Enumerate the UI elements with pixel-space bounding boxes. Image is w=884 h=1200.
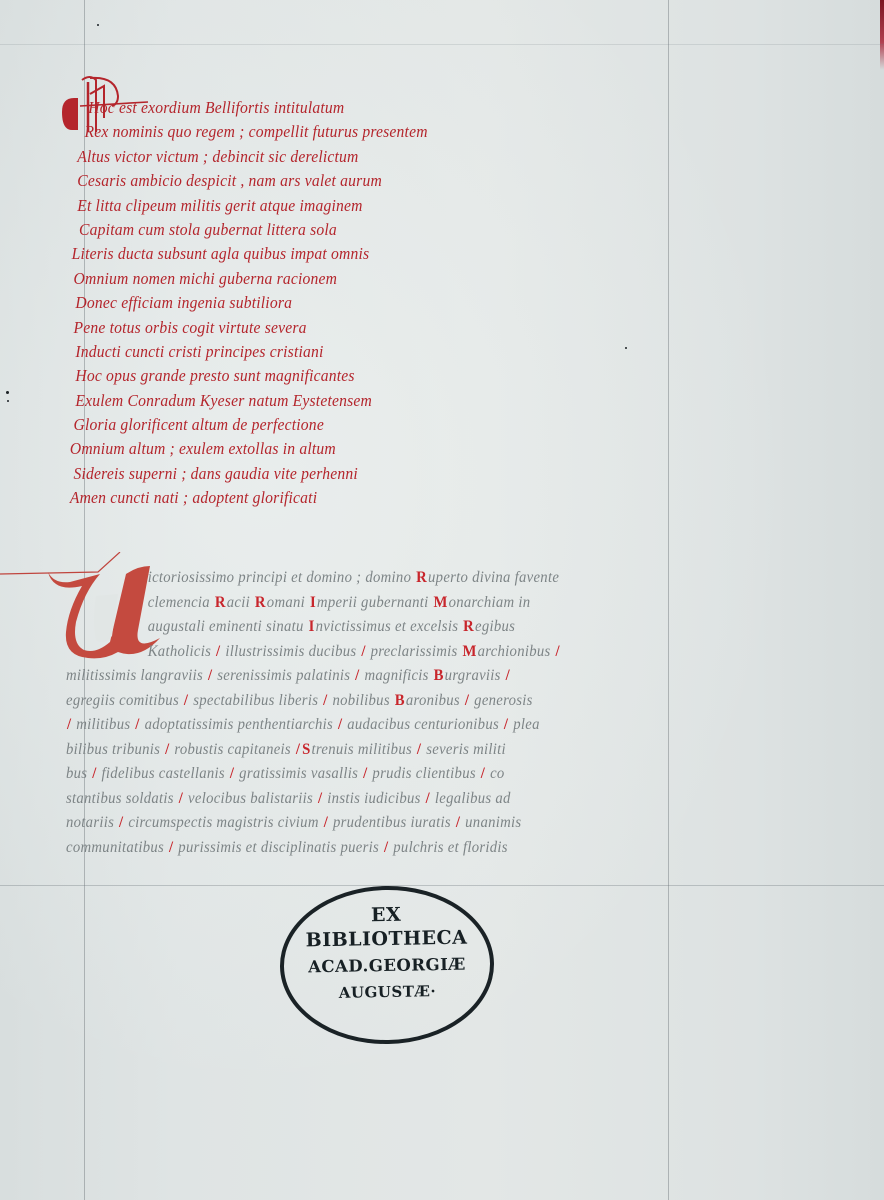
rubric-mark: / [464, 692, 470, 709]
verse-line: Amen cuncti nati ; adoptent glorificati [68, 486, 546, 510]
prose-line: stantibus soldatis / velocibus balistari… [66, 787, 674, 812]
verse-line: Donec efficiam ingenia subtiliora [68, 291, 546, 315]
verse-line: Rex nominis quo regem ; compellit futuru… [68, 120, 546, 144]
prose-line: / militibus / adoptatissimis penthentiar… [66, 713, 674, 738]
prose-text: illustrissimis ducibus [225, 643, 356, 660]
prose-text: militibus [76, 716, 130, 733]
prose-line: notariis / circumspectis magistris civiu… [66, 811, 674, 836]
binding-edge [880, 0, 884, 70]
prose-block: ictoriosissimo principi et domino ; domi… [66, 566, 706, 860]
prose-text: communitatibus [66, 839, 164, 856]
verse-line: Cesaris ambicio despicit , nam ars valet… [68, 169, 546, 193]
prose-text: omani [267, 594, 305, 611]
verse-block: Hoc est exordium Bellifortis intitulatum… [68, 96, 588, 511]
verse-line: Altus victor victum ; debincit sic derel… [68, 145, 546, 169]
prose-text: nvictissimus et excelsis [316, 618, 459, 635]
verse-line: Et litta clipeum militis gerit atque ima… [68, 194, 546, 218]
prose-text: velocibus balistariis [188, 790, 313, 807]
prose-line: augustali eminenti sinatu Invictissimus … [66, 615, 674, 640]
rubric-mark: / [229, 765, 235, 782]
library-stamp: EX BIBLIOTHECA ACAD.GEORGIÆ AUGUSTÆ· [279, 884, 496, 1046]
rubric-mark: / [66, 716, 72, 733]
rubric-mark: / [480, 765, 486, 782]
prose-text: aronibus [406, 692, 460, 709]
prose-text: gratissimis vasallis [239, 765, 358, 782]
rubric-mark: / [383, 839, 389, 856]
prose-text: prudentibus iuratis [333, 814, 451, 831]
rubric-mark: / [416, 741, 422, 758]
manuscript-page: Hoc est exordium Bellifortis intitulatum… [0, 0, 884, 1200]
rubric-mark: / [164, 741, 170, 758]
rubric-mark: / [118, 814, 124, 831]
prose-text: severis militi [426, 741, 506, 758]
rubric-mark: / [503, 716, 509, 733]
ink-speck [7, 400, 9, 402]
prose-text: unanimis [465, 814, 521, 831]
prose-text: purissimis et disciplinatis pueris [178, 839, 379, 856]
verse-line: Pene totus orbis cogit virtute severa [68, 316, 546, 340]
prose-line: clemencia Racii Romani Imperii gubernant… [66, 591, 674, 616]
prose-text: ictoriosissimo principi et domino ; domi… [148, 569, 412, 586]
prose-text: bilibus tribunis [66, 741, 160, 758]
rubric-mark: M [433, 594, 449, 611]
prose-text: clemencia [148, 594, 210, 611]
prose-line: communitatibus / purissimis et disciplin… [66, 836, 674, 861]
verse-line: Sidereis superni ; dans gaudia vite perh… [68, 462, 546, 486]
prose-line: bilibus tribunis / robustis capitaneis /… [66, 738, 674, 763]
rubric-mark: / [505, 667, 511, 684]
stamp-line: ACAD.GEORGIÆ [284, 954, 490, 977]
rubric-mark: I [309, 594, 317, 611]
prose-text: augustali eminenti sinatu [148, 618, 304, 635]
prose-text: acii [227, 594, 250, 611]
rubric-mark: / [425, 790, 431, 807]
rubric-mark: / [215, 643, 221, 660]
prose-text: fidelibus castellanis [102, 765, 225, 782]
prose-line: militissimis langraviis / serenissimis p… [66, 664, 674, 689]
prose-text: spectabilibus liberis [193, 692, 318, 709]
prose-text: egibus [475, 618, 515, 635]
prose-text: legalibus ad [435, 790, 511, 807]
prose-text: circumspectis magistris civium [128, 814, 318, 831]
verse-line: Omnium altum ; exulem extollas in altum [68, 437, 546, 461]
prose-text: nobilibus [332, 692, 389, 709]
ink-speck [6, 391, 9, 394]
rubric-mark: / [455, 814, 461, 831]
prose-line: ictoriosissimo principi et domino ; domi… [66, 566, 674, 591]
prose-text: preclarissimis [371, 643, 458, 660]
prose-text: co [490, 765, 504, 782]
rubric-mark: / [337, 716, 343, 733]
rubric-mark: / [178, 790, 184, 807]
prose-text: prudis clientibus [372, 765, 475, 782]
prose-text: mperii gubernanti [317, 594, 429, 611]
prose-text: instis iudicibus [327, 790, 420, 807]
ruling-line-top [0, 44, 884, 45]
prose-text: uperto divina favente [428, 569, 559, 586]
prose-text: urgraviis [445, 667, 501, 684]
prose-text: magnificis [364, 667, 428, 684]
rubric-mark: R [254, 594, 267, 611]
prose-text: audacibus centurionibus [347, 716, 499, 733]
rubric-mark: / [360, 643, 366, 660]
verse-line: Omnium nomen michi guberna racionem [68, 267, 546, 291]
rubric-mark: M [461, 643, 477, 660]
prose-text: militissimis langraviis [66, 667, 203, 684]
rubric-mark: S [301, 741, 311, 758]
rubric-mark: / [317, 790, 323, 807]
rubric-mark: / [91, 765, 97, 782]
rubric-mark: B [433, 667, 445, 684]
stamp-line: EX [283, 902, 489, 928]
ink-speck [625, 347, 627, 349]
rubric-mark: / [183, 692, 189, 709]
stamp-line: AUGUSTÆ· [284, 981, 490, 1003]
verse-line: Hoc opus grande presto sunt magnificante… [68, 364, 546, 388]
rubric-mark: / [295, 741, 301, 758]
prose-text: plea [513, 716, 539, 733]
rubric-mark: / [134, 716, 140, 733]
rubric-mark: R [214, 594, 227, 611]
verse-line: Literis ducta subsunt agla quibus impat … [68, 242, 546, 266]
rubric-mark: / [354, 667, 360, 684]
rubric-mark: R [462, 618, 475, 635]
prose-text: Katholicis [148, 643, 211, 660]
ink-speck [97, 24, 99, 26]
ruling-line-bottom [0, 885, 884, 886]
prose-text: generosis [474, 692, 532, 709]
prose-text: robustis capitaneis [174, 741, 291, 758]
prose-text: archionibus [478, 643, 551, 660]
prose-text: serenissimis palatinis [217, 667, 350, 684]
prose-text: stantibus soldatis [66, 790, 174, 807]
prose-text: egregiis comitibus [66, 692, 179, 709]
rubric-mark: / [362, 765, 368, 782]
prose-text: notariis [66, 814, 114, 831]
rubric-mark: / [323, 814, 329, 831]
verse-line: Exulem Conradum Kyeser natum Eystetensem [68, 389, 546, 413]
verse-line: Inducti cuncti cristi principes cristian… [68, 340, 546, 364]
prose-line: Katholicis / illustrissimis ducibus / pr… [66, 640, 674, 665]
verse-line: Hoc est exordium Bellifortis intitulatum [68, 96, 546, 120]
rubric-mark: / [322, 692, 328, 709]
rubric-mark: / [168, 839, 174, 856]
prose-text: bus [66, 765, 87, 782]
prose-text: onarchiam in [449, 594, 531, 611]
prose-text: adoptatissimis penthentiarchis [145, 716, 333, 733]
prose-text: pulchris et floridis [393, 839, 508, 856]
verse-line: Capitam cum stola gubernat littera sola [68, 218, 546, 242]
prose-line: egregiis comitibus / spectabilibus liber… [66, 689, 674, 714]
stamp-line: BIBLIOTHECA [283, 926, 489, 952]
verse-line: Gloria glorificent altum de perfectione [68, 413, 546, 437]
rubric-mark: R [415, 569, 428, 586]
rubric-mark: B [394, 692, 406, 709]
prose-text: trenuis militibus [312, 741, 412, 758]
rubric-mark: I [308, 618, 316, 635]
prose-line: bus / fidelibus castellanis / gratissimi… [66, 762, 674, 787]
rubric-mark: / [207, 667, 213, 684]
rubric-mark: / [555, 643, 561, 660]
